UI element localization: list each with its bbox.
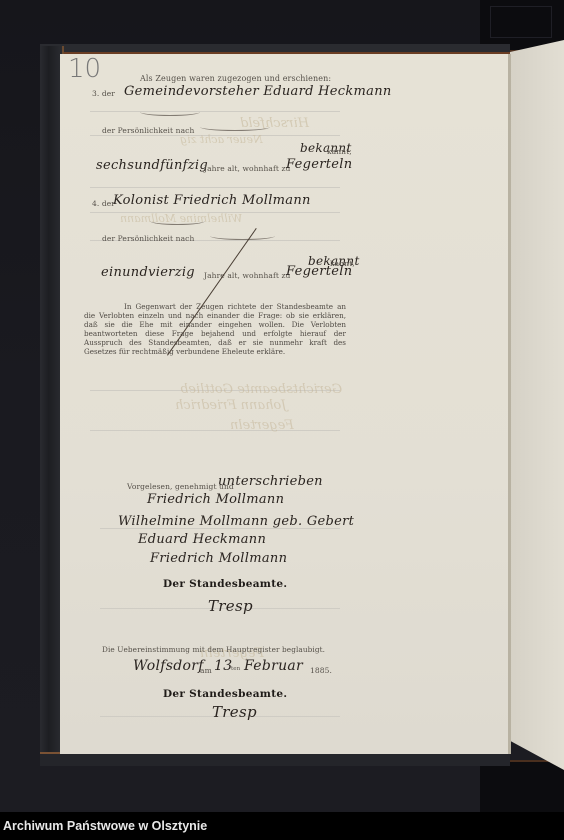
- bleed-through-text: Johann Friedrich: [175, 398, 286, 413]
- archive-footer: Archiwum Państwowe w Olsztynie: [0, 812, 564, 840]
- witness-3-kannt: kannt,: [327, 147, 352, 156]
- registrar-signature-2: Tresp: [212, 703, 257, 721]
- certification-text: Die Uebereinstimmung mit dem Hauptregist…: [102, 645, 325, 654]
- certification-ten: ten: [231, 666, 240, 672]
- archive-name: Archiwum Państwowe w Olsztynie: [3, 819, 207, 833]
- witness-4-name: Kolonist Friedrich Mollmann: [113, 193, 311, 208]
- certification-month: Februar: [244, 658, 303, 674]
- certification-place: Wolfsdorf: [133, 658, 204, 674]
- witness-4-residence: Fegerteln: [286, 264, 352, 279]
- bleed-through-text: Fegerteln: [230, 418, 294, 433]
- witness-3-age-label: Jahre alt, wohnhaft zu: [204, 164, 290, 173]
- filler-flourish: [200, 123, 270, 131]
- marriage-declaration: In Gegenwart der Zeugen richtete der Sta…: [84, 302, 346, 356]
- signature-bride: Wilhelmine Mollmann geb. Gebert: [118, 514, 354, 529]
- witness-3-identity-label: der Persönlichkeit nach: [102, 126, 194, 135]
- witness-3-age: sechsundfünfzig: [96, 158, 208, 173]
- certification-am: am: [200, 666, 212, 675]
- signature-witness-4: Friedrich Mollmann: [150, 551, 287, 566]
- registrar-heading-2: Der Standesbeamte.: [163, 688, 287, 700]
- page-number: 10: [68, 54, 101, 84]
- certification-year: 1885.: [310, 666, 332, 675]
- book-cover-bottom: [480, 760, 564, 812]
- witness-4-identity-label: der Persönlichkeit nach: [102, 234, 194, 243]
- ruled-line: [90, 430, 340, 431]
- certification-day: 13: [214, 658, 232, 674]
- registrar-signature: Tresp: [208, 597, 253, 615]
- filler-flourish: [210, 232, 275, 240]
- page-gutter: [508, 54, 511, 754]
- binding-bottom-edge: [40, 752, 510, 766]
- facing-page-edge: [510, 40, 564, 770]
- witness-4-age-label: Jahre alt, wohnhaft zu: [204, 271, 290, 280]
- filler-flourish: [150, 217, 205, 225]
- signatures-label-hand: unterschrieben: [218, 474, 323, 489]
- bleed-through-text: Gerichtsbeamte Gottlieb: [180, 382, 342, 397]
- binding-top-edge: [40, 44, 510, 54]
- ruled-line: [90, 187, 340, 188]
- filler-flourish: [140, 108, 200, 116]
- signature-groom: Friedrich Mollmann: [147, 492, 284, 507]
- witnesses-intro: Als Zeugen waren zugezogen und erschiene…: [140, 74, 331, 83]
- signature-witness-3: Eduard Heckmann: [138, 532, 266, 547]
- witness-4-age: einundvierzig: [101, 265, 195, 280]
- witness-4-number: 4. der: [92, 199, 115, 208]
- ruled-line: [90, 111, 340, 112]
- witness-3-residence: Fegerteln: [286, 157, 352, 172]
- registrar-heading: Der Standesbeamte.: [163, 578, 287, 590]
- witness-3-number: 3. der: [92, 89, 115, 98]
- witness-3-name: Gemeindevorsteher Eduard Heckmann: [124, 84, 392, 99]
